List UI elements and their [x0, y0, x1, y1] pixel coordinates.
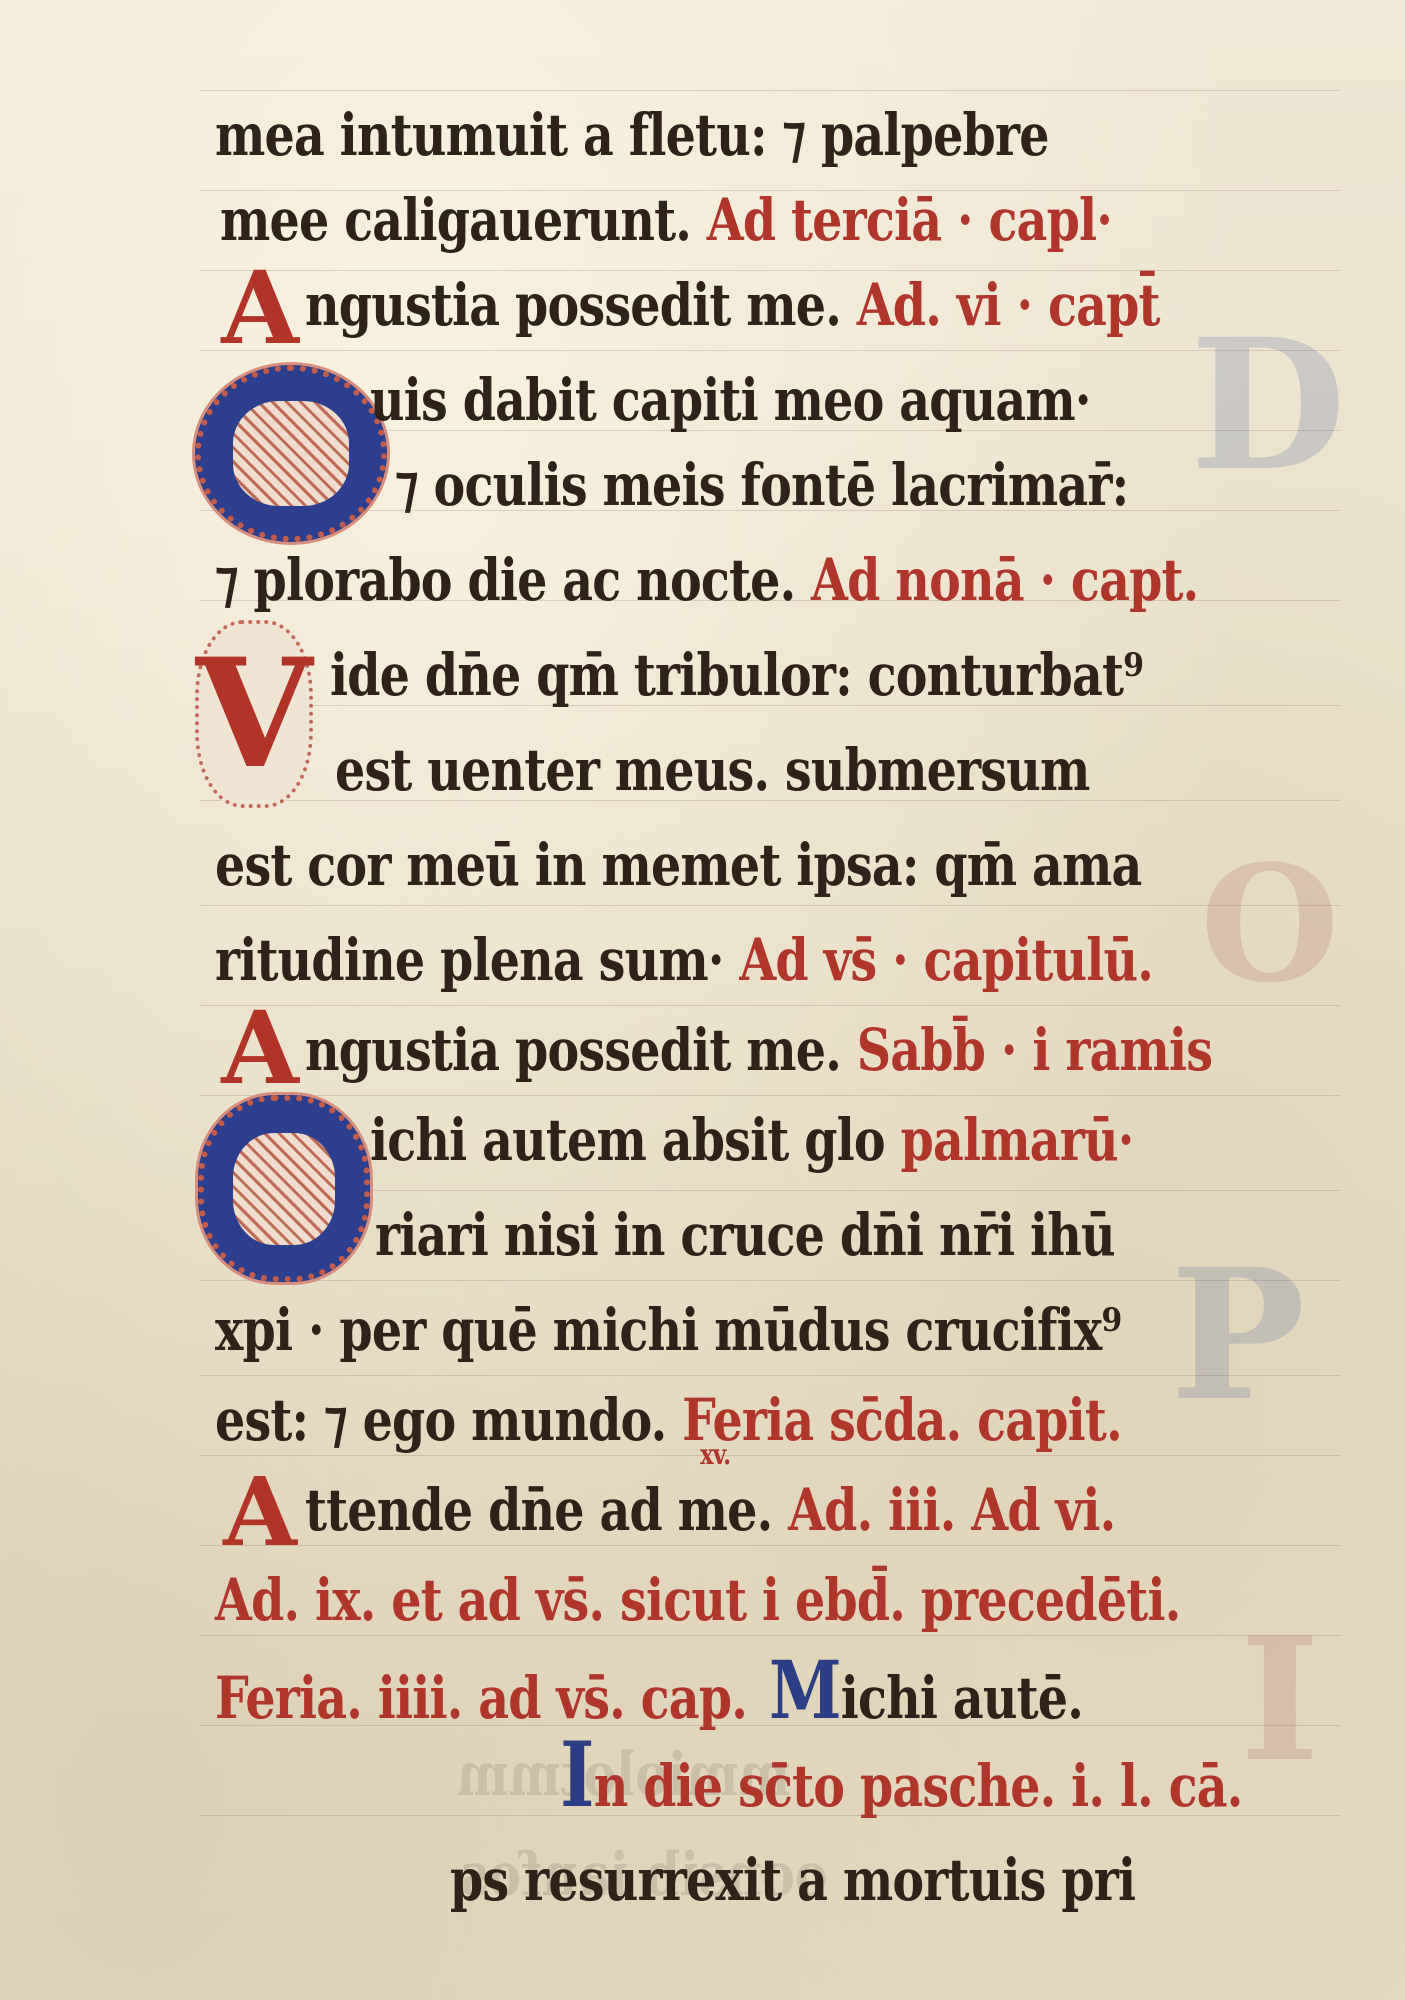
manuscript-text: mea intumuit a fletu: ⁊ palpebre mee cal…: [0, 0, 1405, 2000]
text-segment: riari nisi in cruce dn̄i nr̄i ihū: [375, 1201, 1115, 1269]
manuscript-line: est cor meū in memet ipsa: qm̄ ama: [215, 830, 1142, 900]
text-segment: est cor meū in memet ipsa: qm̄ ama: [215, 831, 1142, 899]
rubric-segment: Ad. vi · capt̄: [841, 271, 1160, 339]
text-segment: mea intumuit a fletu: ⁊ palpebre: [215, 101, 1049, 169]
text-segment: ps resurrexit a mortuis pri: [450, 1846, 1135, 1914]
manuscript-line: uis dabit capiti meo aquam·: [370, 365, 1091, 435]
text-segment: uis dabit capiti meo aquam·: [370, 366, 1091, 434]
manuscript-line: ide dn̄e qm̄ tribulor: conturbat⁹: [330, 640, 1143, 710]
rubric-segment: Sabb̄ · i ramis: [841, 1016, 1212, 1084]
rubric-segment: n die sc̄to pasche. i. l. cā.: [594, 1752, 1243, 1820]
rubric-segment: Ad. ix. et ad vs̄. sicut i ebd̄. precedē…: [215, 1566, 1180, 1634]
manuscript-line: est uenter meus. submersum: [335, 735, 1089, 805]
text-segment: ide dn̄e qm̄ tribulor: conturbat⁹: [330, 641, 1143, 709]
initial-I-small-blue: I: [560, 1722, 594, 1828]
text-segment: ttende dn̄e ad me.: [305, 1476, 772, 1544]
manuscript-line: ritudine plena sum· Ad vs̄ · capitulū.: [215, 925, 1153, 995]
rubric-segment: Ad terciā · capl·: [691, 186, 1112, 254]
manuscript-line: riari nisi in cruce dn̄i nr̄i ihū: [375, 1200, 1115, 1270]
text-segment: ritudine plena sum·: [215, 926, 724, 994]
manuscript-line: mee caligauerunt. Ad terciā · capl·: [220, 185, 1112, 255]
manuscript-line: est: ⁊ ego mundo. Feria sc̄da. capit.: [215, 1385, 1122, 1455]
manuscript-line: In die sc̄to pasche. i. l. cā.: [560, 1740, 1242, 1821]
text-segment: ichi autē.: [841, 1664, 1083, 1732]
text-segment: xpi · per quē michi mūdus crucifix⁹: [215, 1296, 1121, 1364]
text-segment: est: ⁊ ego mundo.: [215, 1386, 666, 1454]
marginal-text: xv.: [700, 1438, 730, 1471]
rubric-segment: Feria sc̄da. capit.: [666, 1386, 1121, 1454]
manuscript-line: Feria. iiii. ad vs̄. cap. Michi autē.: [215, 1655, 1083, 1733]
marginal-numeral: xv.: [700, 1440, 730, 1470]
text-segment: ichi autem absit glo: [370, 1106, 885, 1174]
rubric-segment: Ad nonā · capt.: [795, 546, 1198, 614]
rubric-segment: palmarū·: [885, 1106, 1134, 1174]
manuscript-line: ps resurrexit a mortuis pri: [450, 1845, 1135, 1915]
text-segment: mee caligauerunt.: [220, 186, 691, 254]
text-segment: ⁊ oculis meis fontē lacrimar̄:: [395, 451, 1128, 519]
initial-M-small-blue: M: [747, 1643, 841, 1737]
manuscript-page: D O P I mmiolotmm oonsib ianfos A V A A …: [0, 0, 1405, 2000]
rubric-segment: Feria. iiii. ad vs̄. cap.: [215, 1664, 747, 1732]
text-segment: ⁊ plorabo die ac nocte.: [215, 546, 795, 614]
manuscript-line: ichi autem absit glo palmarū·: [370, 1105, 1133, 1175]
manuscript-line: ngustia possedit me. Ad. vi · capt̄: [305, 270, 1160, 340]
manuscript-line: mea intumuit a fletu: ⁊ palpebre: [215, 100, 1049, 170]
manuscript-line: Ad. ix. et ad vs̄. sicut i ebd̄. precedē…: [215, 1565, 1180, 1635]
manuscript-line: ngustia possedit me. Sabb̄ · i ramis: [305, 1015, 1212, 1085]
manuscript-line: ttende dn̄e ad me. Ad. iii. Ad vi.: [305, 1475, 1115, 1545]
rubric-segment: Ad vs̄ · capitulū.: [724, 926, 1153, 994]
manuscript-line: ⁊ plorabo die ac nocte. Ad nonā · capt.: [215, 545, 1198, 615]
manuscript-line: xpi · per quē michi mūdus crucifix⁹: [215, 1295, 1121, 1365]
text-segment: ngustia possedit me.: [305, 1016, 841, 1084]
manuscript-line: ⁊ oculis meis fontē lacrimar̄:: [395, 450, 1128, 520]
rubric-segment: Ad. iii. Ad vi.: [772, 1476, 1115, 1544]
text-segment: ngustia possedit me.: [305, 271, 841, 339]
text-segment: est uenter meus. submersum: [335, 736, 1089, 804]
